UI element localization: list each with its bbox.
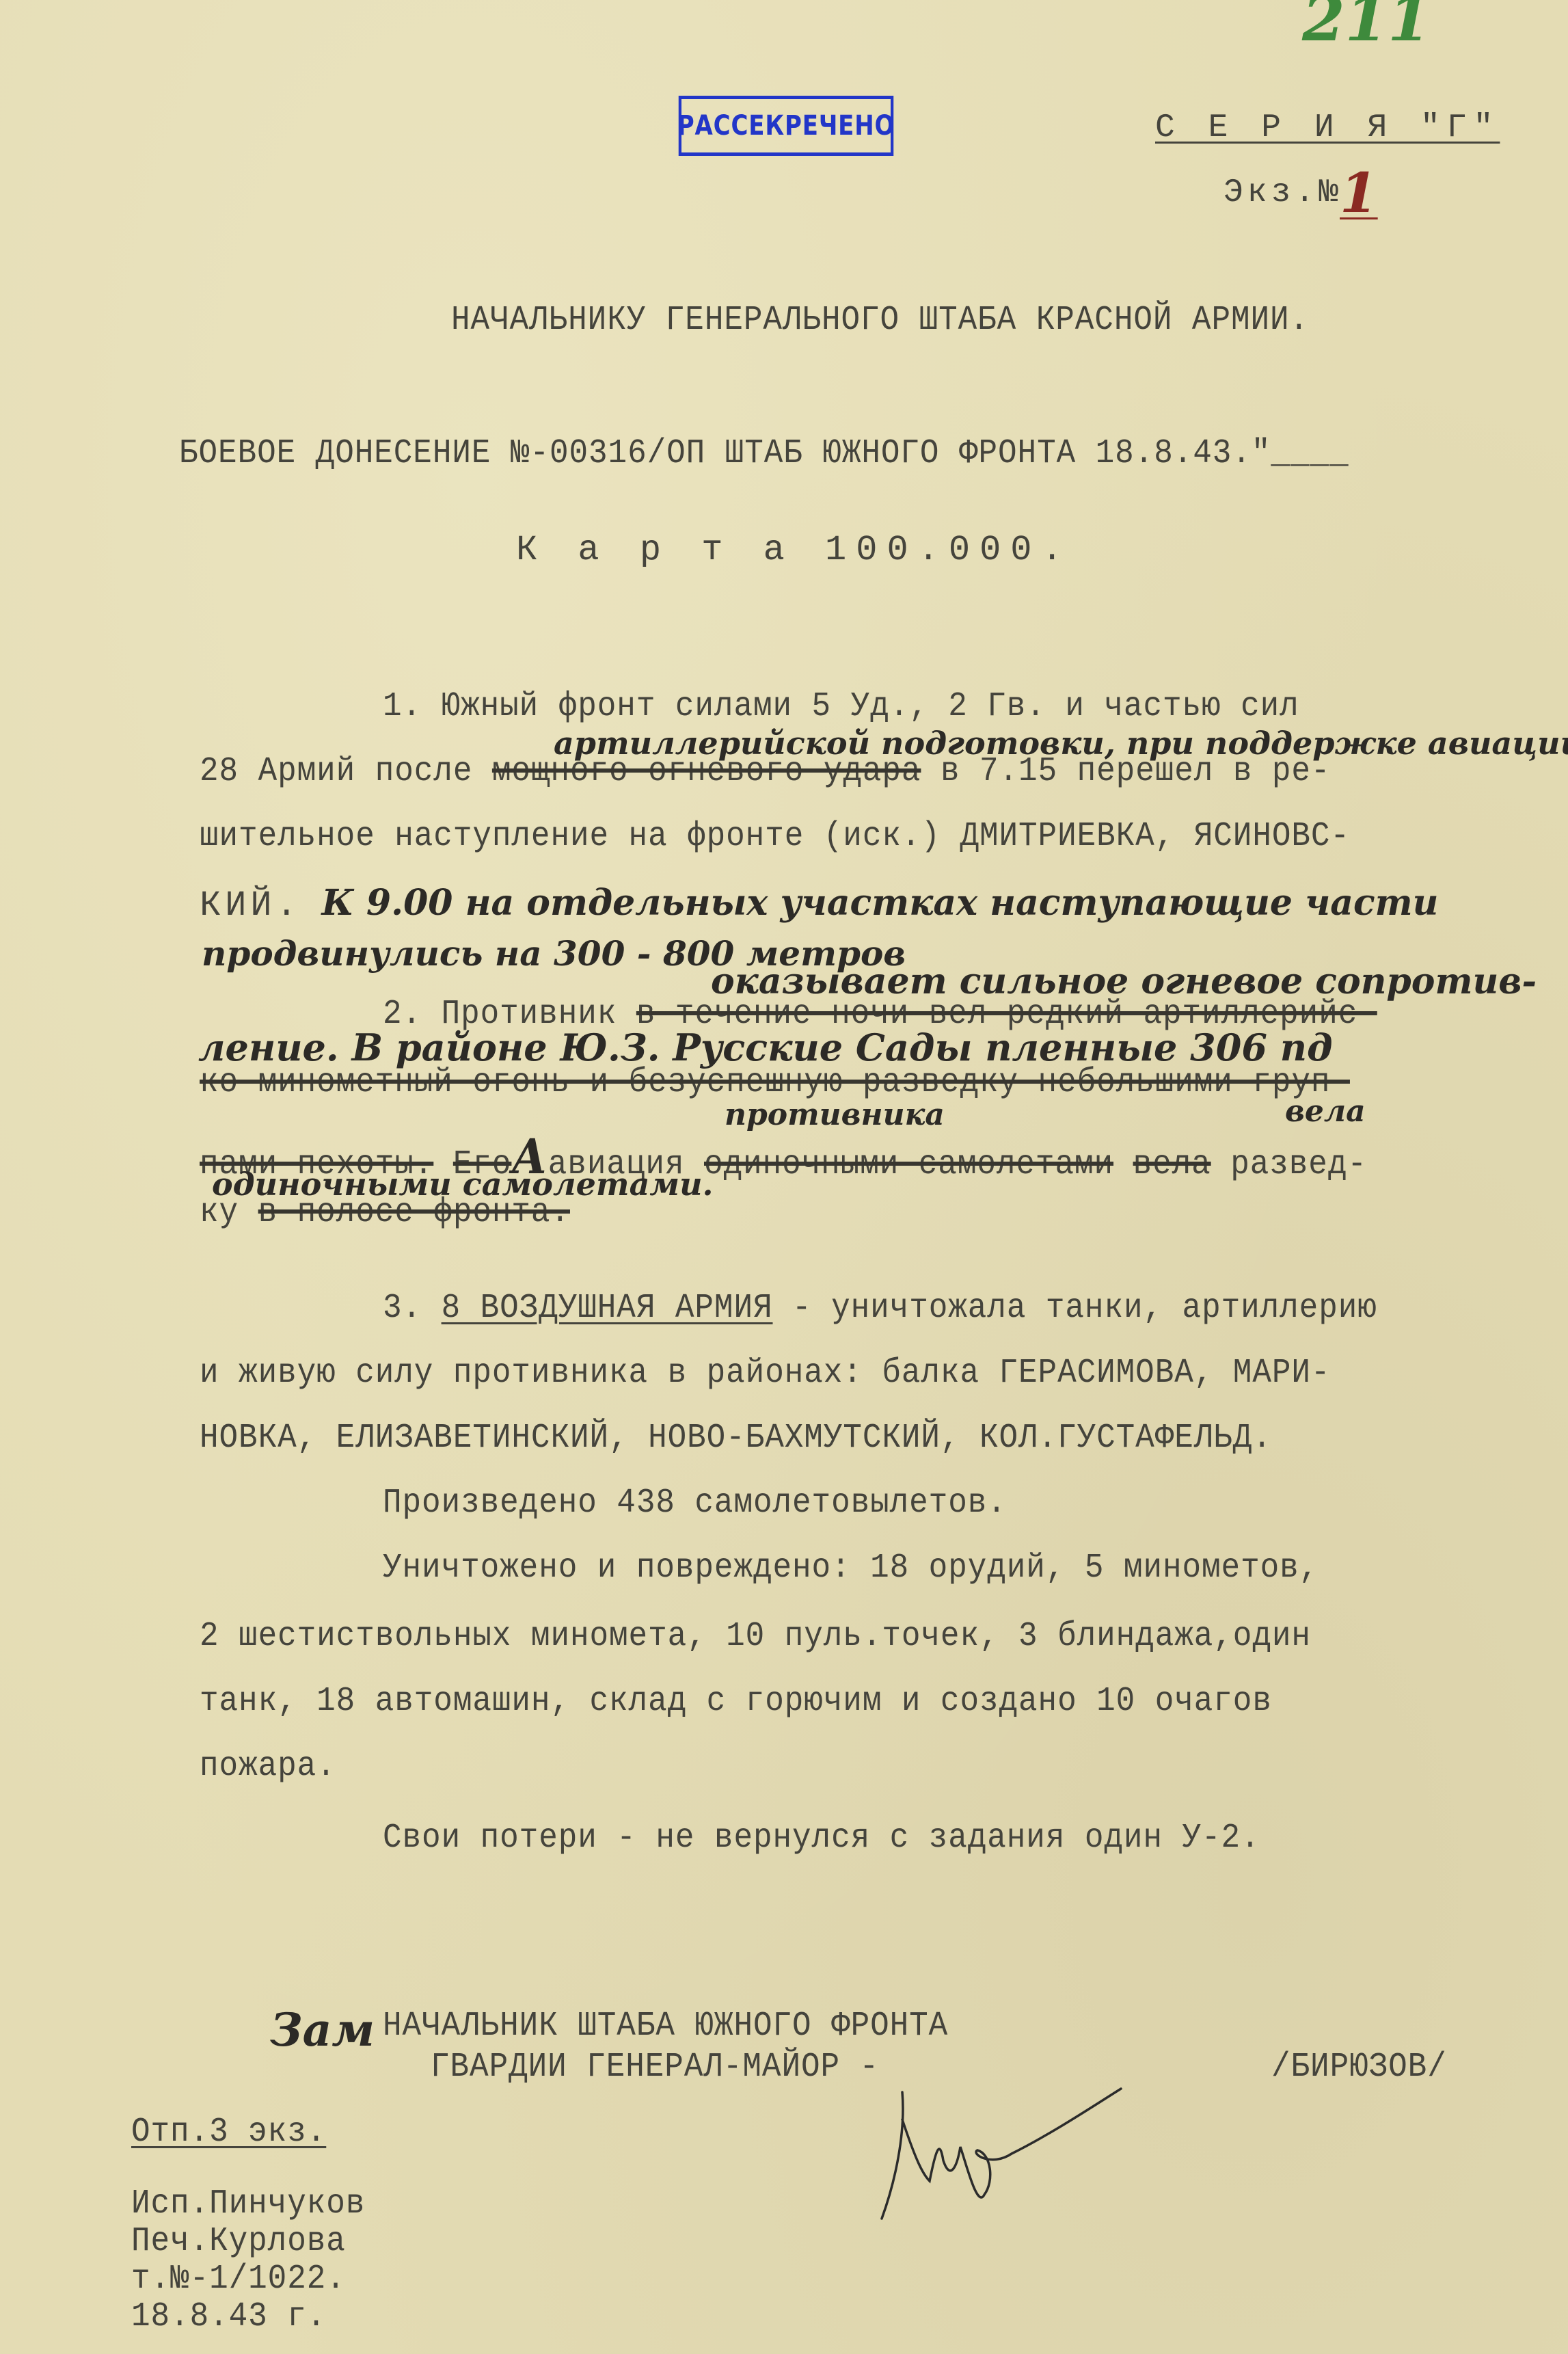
handwritten-signature-icon (875, 2078, 1162, 2229)
p3-sorties: Произведено 438 самолетовылетов. (383, 1484, 1007, 1523)
p3-line1: 3. 8 ВОЗДУШНАЯ АРМИЯ - уничтожала танки,… (383, 1289, 1377, 1328)
copy-number: 1 (1340, 161, 1408, 225)
p1-line1: 1. Южный фронт силами 5 Уд., 2 Гв. и час… (383, 687, 1299, 726)
p2-line4-struck-d: вела (1133, 1145, 1211, 1184)
footer-date: 18.8.43 г. (131, 2297, 326, 2336)
p3-destroyed-3: танк, 18 автомашин, склад с горючим и со… (200, 1682, 1272, 1721)
p2-line4-end: развед- (1230, 1145, 1367, 1184)
p1-line2-end: в 7.15 перешел в ре- (941, 752, 1331, 791)
declassified-stamp: РАССЕКРЕЧЕНО (679, 96, 894, 156)
p2-insert-protivnika: противника (725, 1097, 945, 1132)
p2-line4-struck-c: одиночными самолетами (704, 1145, 1113, 1184)
p2-line5-struck: в полосе фронта. (258, 1193, 570, 1232)
p3-num: 3. (383, 1289, 422, 1328)
p3-line3: НОВКА, ЕЛИЗАВЕТИНСКИЙ, НОВО-БАХМУТСКИЙ, … (200, 1419, 1272, 1458)
p2-line5: ку в полосе фронта. (200, 1193, 570, 1232)
signature-name: /БИРЮЗОВ/ (1271, 2048, 1447, 2087)
p1-line2: 28 Армий после мощного огневого удара в … (200, 752, 1330, 791)
signature-title-2: ГВАРДИИ ГЕНЕРАЛ-МАЙОР - (431, 2048, 879, 2087)
p3-destroyed-4: пожара. (200, 1747, 336, 1786)
p2-insert-vela: вела (1285, 1094, 1366, 1129)
map-scale: К а р т а 100.000. (516, 530, 1072, 570)
report-title: БОЕВОЕ ДОНЕСЕНИЕ №-00316/ОП ШТАБ ЮЖНОГО … (179, 434, 1349, 473)
p3-losses: Свои потери - не вернулся с задания один… (383, 1819, 1260, 1858)
footer-reg-number: т.№-1/1022. (131, 2260, 346, 2299)
p3-destroyed-1: Уничтожено и повреждено: 18 орудий, 5 ми… (383, 1549, 1319, 1588)
p3-air-army: 8 ВОЗДУШНАЯ АРМИЯ (442, 1289, 773, 1328)
p2-line3-struck: ко-минометный огонь и безуспешную развед… (200, 1063, 1350, 1102)
p1-line3: шительное наступление на фронте (иск.) Д… (200, 817, 1350, 856)
signature-title-1: НАЧАЛЬНИК ШТАБА ЮЖНОГО ФРОНТА (383, 2007, 948, 2046)
p1-line4-hand: К 9.00 на отдельных участках наступающие… (321, 882, 1438, 924)
copy-label: Экз.№ (1224, 174, 1342, 211)
signature-prefix-zam: Зам (270, 2003, 375, 2057)
series-label: С Е Р И Я "Г" (1155, 109, 1500, 146)
footer-copies: Отп.3 экз. (131, 2113, 326, 2152)
p3-line1-rest: - уничтожала танки, артиллерию (792, 1289, 1377, 1328)
p1-line4-typed: КИЙ. (200, 885, 301, 926)
archive-page-number: 211 (1302, 0, 1431, 55)
footer-executor: Исп.Пинчуков (131, 2184, 365, 2223)
p3-destroyed-2: 2 шестиствольных миномета, 10 пуль.точек… (200, 1617, 1311, 1656)
p3-line2: и живую силу противника в районах: балка… (200, 1354, 1330, 1393)
footer-typist: Печ.Курлова (131, 2222, 346, 2261)
p1-line2-struck: мощного огневого удара (492, 752, 921, 791)
p2-line5-start: ку (200, 1193, 239, 1232)
p1-line4: КИЙ. К 9.00 на отдельных участках наступ… (200, 882, 1438, 926)
addressee: НАЧАЛЬНИКУ ГЕНЕРАЛЬНОГО ШТАБА КРАСНОЙ АР… (451, 301, 1309, 340)
p1-line2-start: 28 Армий после (200, 752, 472, 791)
